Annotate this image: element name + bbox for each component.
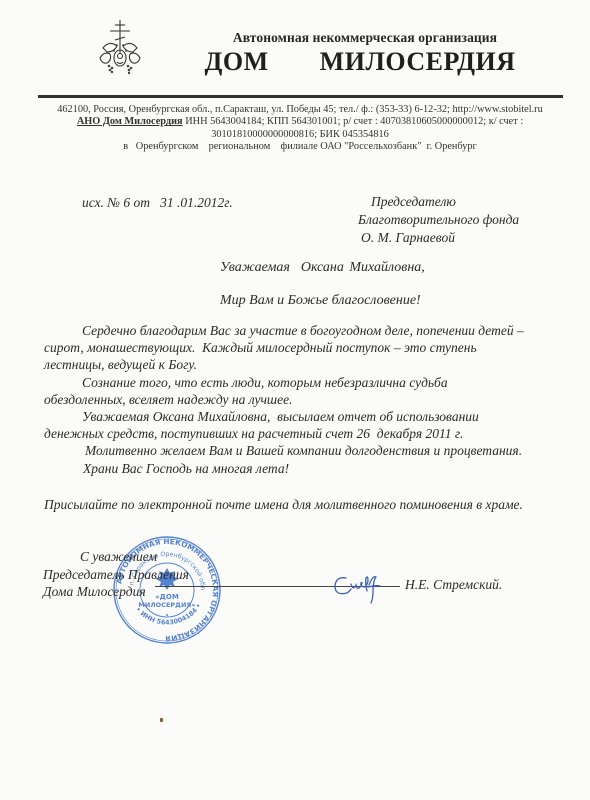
addressee-line-2: Благотворительного фонда [358,211,519,229]
bank-line-1: АНО Дом Милосердия ИНН 5643004184; КПП 5… [30,116,570,128]
letterhead-divider [38,95,563,98]
org-type-heading: Автономная некоммерческая организация [215,30,515,46]
handwritten-signature [332,570,402,605]
email-request: Присылайте по электронной почте имена дл… [44,497,523,513]
org-name-title: ДОМ МИЛОСЕРДИЯ [200,47,520,77]
closing-organization: Дома Милосердия [43,583,189,601]
cross-grapevine-emblem-icon [97,18,143,78]
paragraph-1-line-2: сирот, монашествующих. Каждый милосердны… [44,339,584,356]
paragraph-1-line-1: Сердечно благодарим Вас за участие в бог… [44,322,584,339]
closing-regards: С уважением [43,548,189,566]
paragraph-3-line-1: Уважаемая Оксана Михайловна, высылаем от… [44,408,584,425]
inn-kpp-accounts: ИНН 5643004184; КПП 564301001; р/ счет :… [183,116,524,127]
letter-body: Сердечно благодарим Вас за участие в бог… [44,322,584,477]
scan-speck [160,718,163,722]
ano-label: АНО Дом Милосердия [77,116,183,127]
svg-text:МИЛОСЕРДИЯ»: МИЛОСЕРДИЯ» [138,601,195,609]
blessing: Мир Вам и Божье благословение! [220,293,421,309]
closing-position: Председатель Правления [43,566,189,584]
bank-line-2: 30101810000000000816; БИК 045354816 [30,129,570,141]
closing-block: С уважением Председатель Правления Дома … [43,548,189,601]
outgoing-number-date: исх. № 6 от 31 .01.2012г. [82,195,233,211]
bank-line-3: в Оренбургском региональном филиале ОАО … [30,141,570,153]
paragraph-4: Молитвенно желаем Вам и Вашей компании д… [44,442,584,459]
address-line: 462100, Россия, Оренбургская обл., п.Сар… [30,104,570,116]
paragraph-1-line-3: лестницы, ведущей к Богу. [44,356,584,373]
signer-name: Н.Е. Стремский. [405,577,502,593]
paragraph-2-line-1: Сознание того, что есть люди, которым не… [44,374,584,391]
greeting: Уважаемая Оксана Михайловна, [220,260,425,276]
paragraph-2-line-2: обездоленных, вселяет надежду на лучшее. [44,391,584,408]
addressee-line-1: Председателю [358,193,519,211]
addressee-block: Председателю Благотворительного фонда О.… [358,193,519,247]
paragraph-5: Храни Вас Господь на многая лета! [44,460,584,477]
addressee-line-3: О. М. Гарнаевой [358,229,519,247]
org-requisites: 462100, Россия, Оренбургская обл., п.Сар… [30,104,570,153]
paragraph-3-line-2: денежных средств, поступивших на расчетн… [44,425,584,442]
